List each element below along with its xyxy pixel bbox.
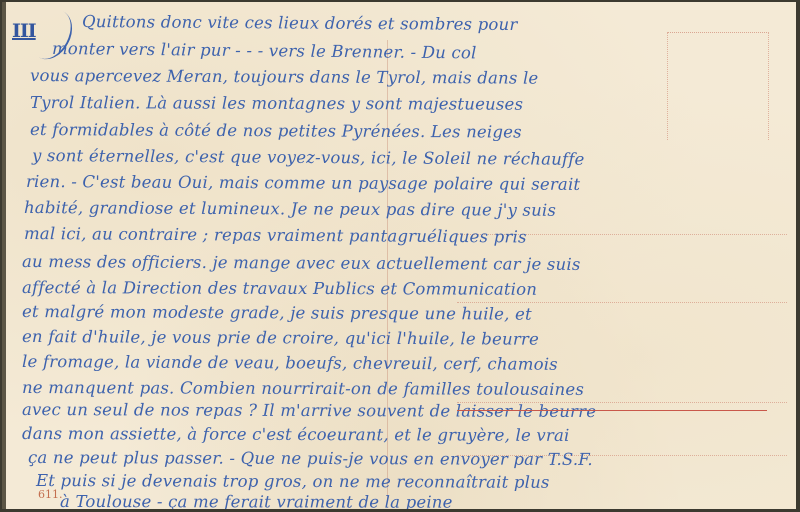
handwritten-line: rien. - C'est beau Oui, mais comme un pa…: [26, 172, 580, 194]
handwritten-line: à Toulouse - ça me ferait vraiment de la…: [60, 492, 453, 509]
handwritten-line: affecté à la Direction des travaux Publi…: [22, 278, 537, 299]
red-underline: [457, 410, 767, 411]
handwritten-line: et malgré mon modeste grade, je suis pre…: [22, 302, 532, 324]
handwritten-line: mal ici, au contraire ; repas vraiment p…: [24, 224, 527, 247]
handwritten-line: le fromage, la viande de veau, boeufs, c…: [22, 352, 558, 374]
handwritten-line: monter vers l'air pur - - - vers le Bren…: [52, 39, 477, 62]
card-edge: [2, 2, 6, 509]
stamp-box: [667, 32, 769, 140]
card-number: 611.: [38, 488, 63, 501]
handwritten-line: en fait d'huile, je vous prie de croire,…: [22, 327, 539, 349]
postcard-back: III Quittons donc vite ces lieux dorés e…: [2, 2, 796, 509]
handwritten-line: Tyrol Italien. Là aussi les montagnes y …: [30, 93, 523, 114]
handwritten-line: dans mon assiette, à force c'est écoeura…: [22, 424, 570, 445]
handwritten-line: vous apercevez Meran, toujours dans le T…: [30, 66, 539, 88]
handwritten-line: y sont éternelles, c'est que voyez-vous,…: [32, 146, 585, 169]
handwritten-line: au mess des officiers. je mange avec eux…: [22, 252, 581, 274]
section-marker: III: [12, 20, 36, 42]
handwritten-line: ça ne peut plus passer. - Que ne puis-je…: [28, 448, 593, 469]
handwritten-line: Et puis si je devenais trop gros, on ne …: [36, 471, 550, 492]
address-line: [457, 302, 787, 303]
handwritten-line: Quittons donc vite ces lieux dorés et so…: [82, 12, 518, 34]
handwritten-line: habité, grandiose et lumineux. Je ne peu…: [24, 198, 556, 220]
handwritten-line: et formidables à côté de nos petites Pyr…: [30, 120, 522, 142]
handwritten-line: ne manquent pas. Combien nourrirait-on d…: [22, 378, 584, 399]
